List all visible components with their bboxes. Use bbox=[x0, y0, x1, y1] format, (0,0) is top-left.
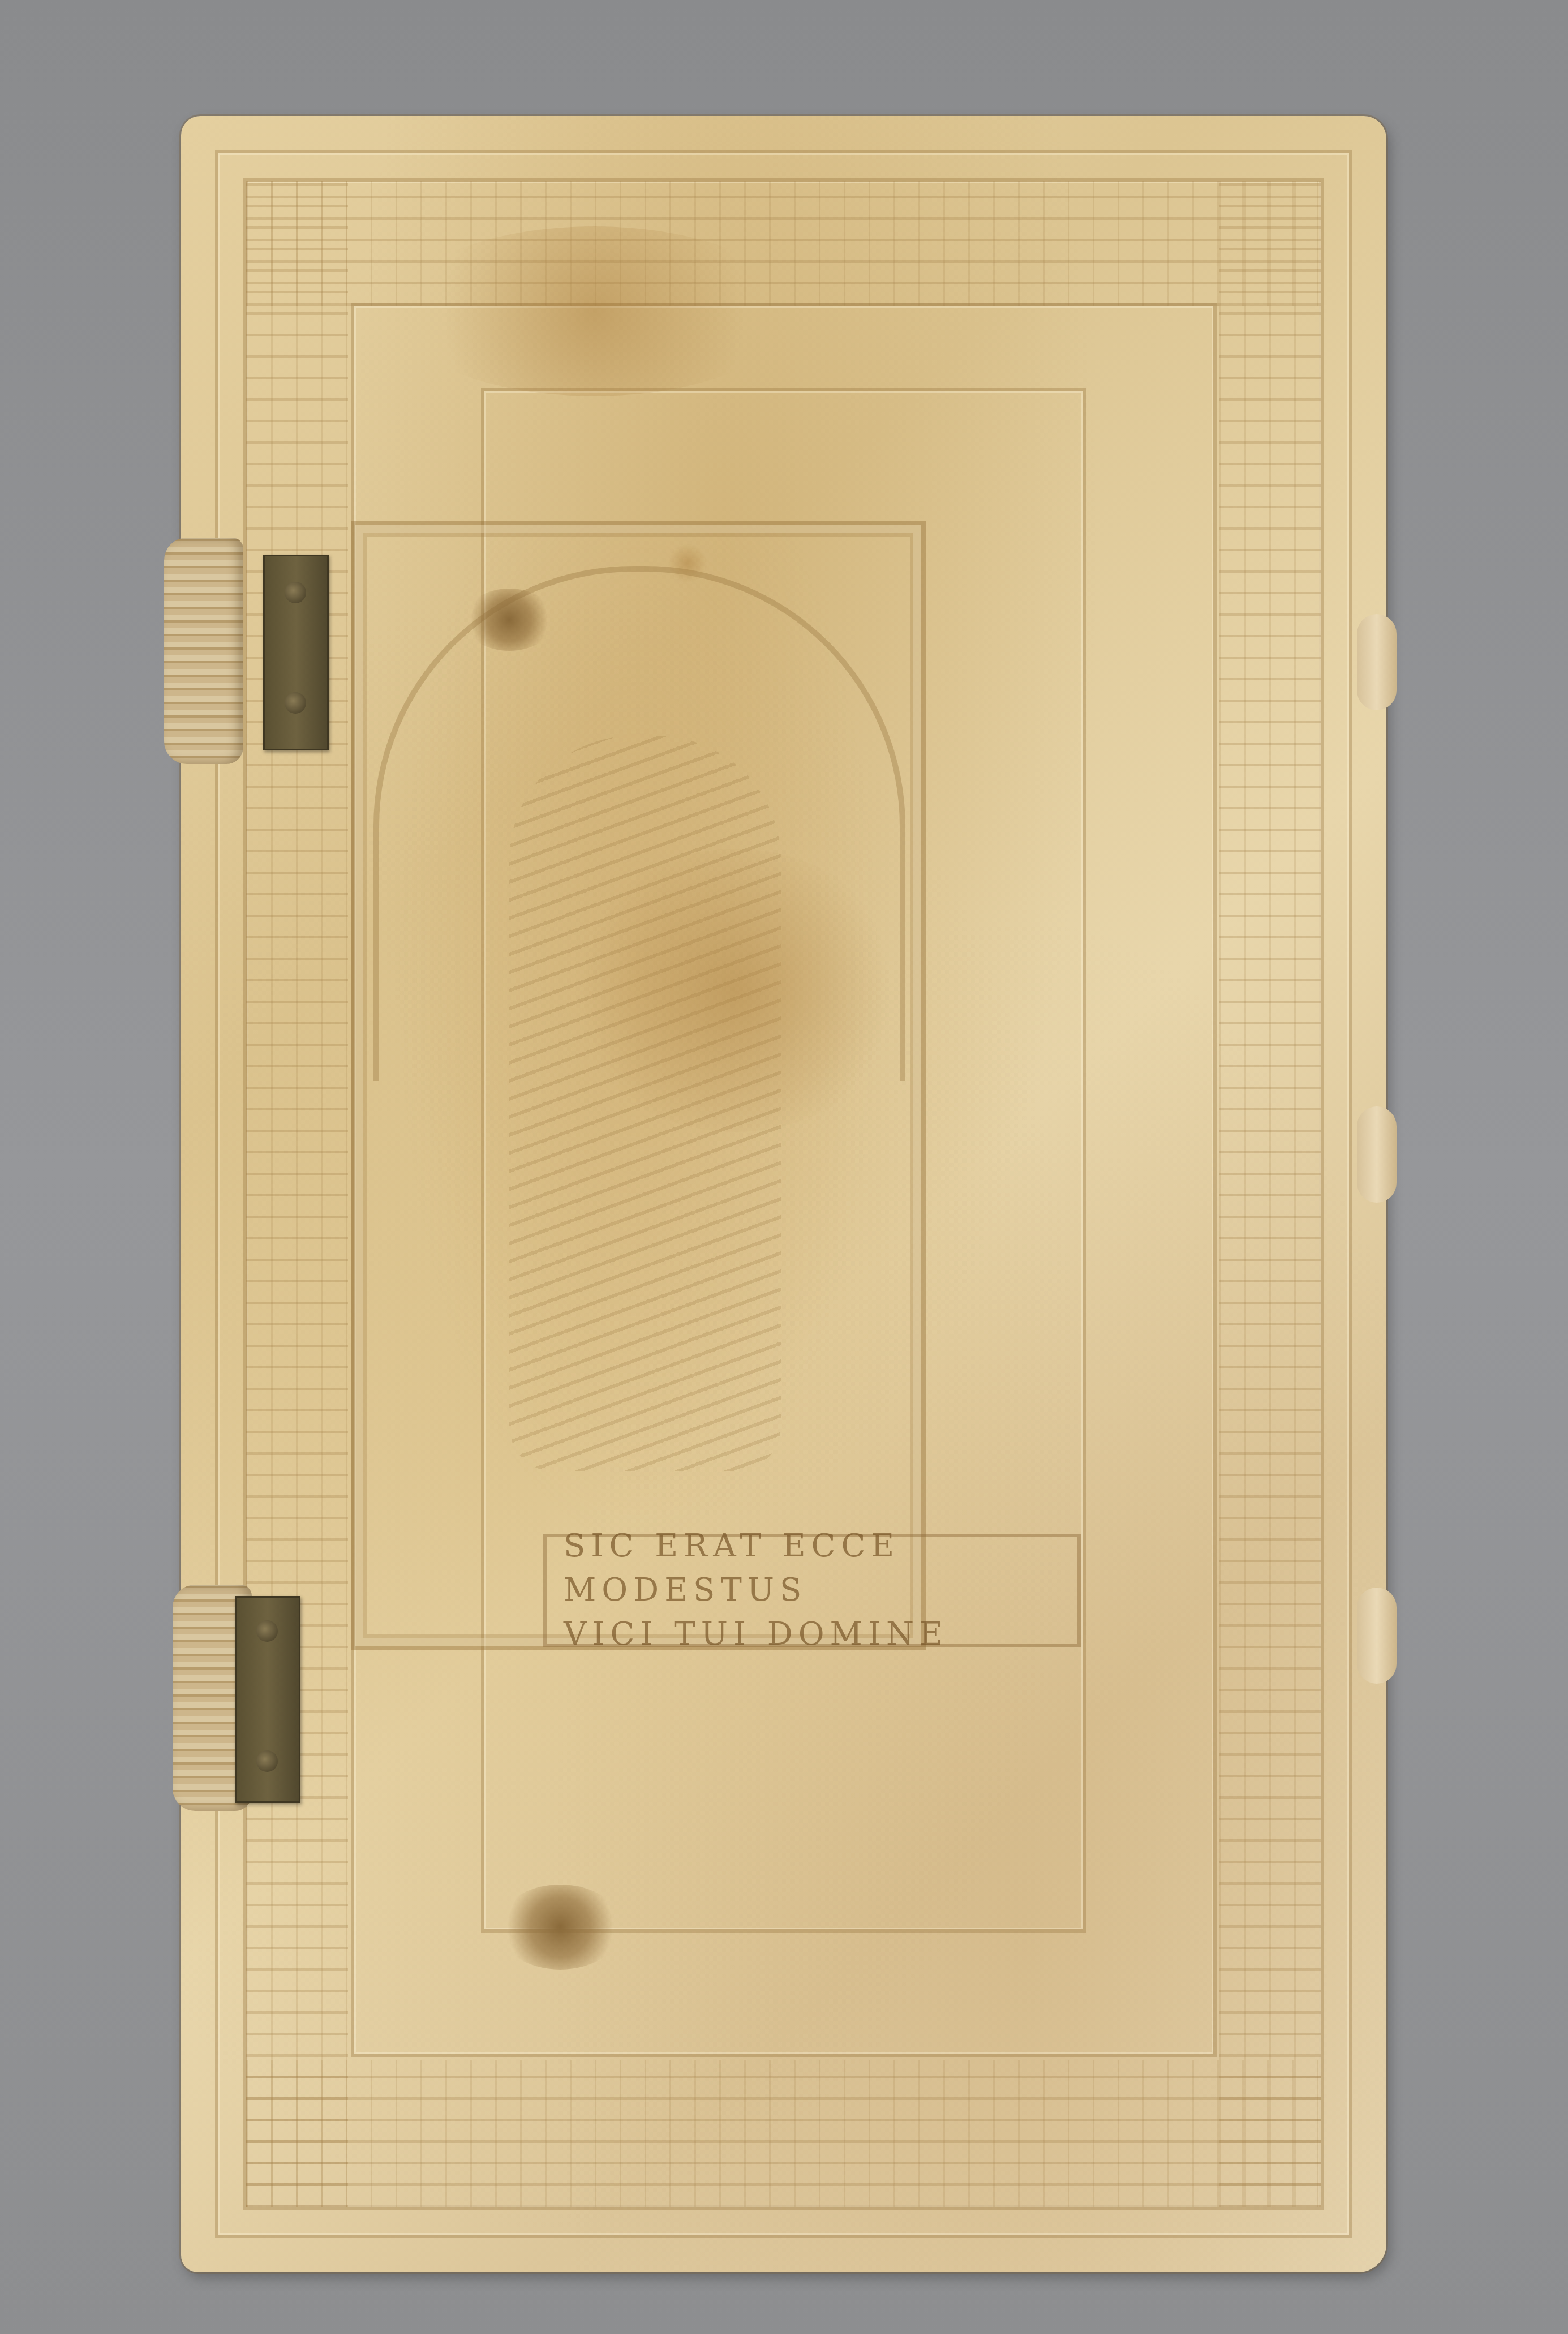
rivet-icon bbox=[285, 582, 306, 603]
spine-band-1 bbox=[1357, 614, 1397, 710]
stain-spot bbox=[668, 543, 707, 583]
inscription-line-1: SIC ERAT ECCE MODESTUS bbox=[564, 1524, 1077, 1612]
inscription-line-2: VICI TUI DOMINE bbox=[564, 1612, 1077, 1657]
rivet-icon bbox=[285, 692, 306, 714]
bottom-roll-border bbox=[246, 2060, 1321, 2207]
inscription-plaque: SIC ERAT ECCE MODESTUS VICI TUI DOMINE bbox=[543, 1534, 1081, 1647]
stain-top bbox=[396, 226, 792, 396]
stain-center bbox=[566, 849, 905, 1132]
leather-damage-upper bbox=[464, 589, 555, 651]
clasp-plate bbox=[263, 555, 329, 750]
spine-band-3 bbox=[1357, 1588, 1397, 1684]
leather-damage-lower bbox=[498, 1885, 622, 1970]
clasp-plate bbox=[235, 1596, 300, 1803]
rivet-icon bbox=[256, 1750, 278, 1772]
spine-band-2 bbox=[1357, 1106, 1397, 1203]
right-roll-border bbox=[1219, 181, 1321, 2207]
rivet-icon bbox=[256, 1620, 278, 1642]
left-roll-border bbox=[246, 181, 348, 2207]
clasp-strap bbox=[164, 538, 243, 764]
